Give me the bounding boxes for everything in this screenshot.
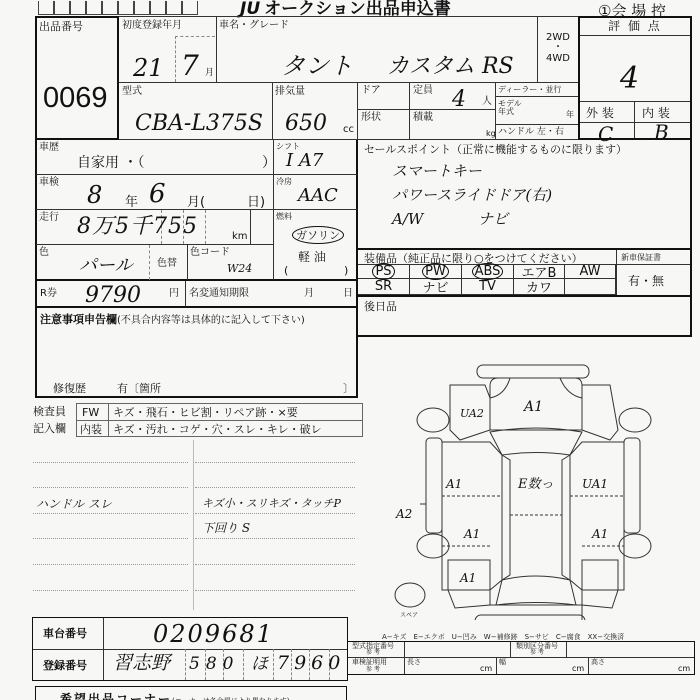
- spare-label: スペア: [400, 610, 418, 619]
- drive-cell: 2WD ・ 4WD: [537, 16, 578, 83]
- displacement-value: 650: [285, 113, 327, 135]
- warranty-value: 有・無: [628, 272, 664, 289]
- shift-cell: シフト I A7: [273, 140, 358, 175]
- equipment-empty: [565, 279, 616, 295]
- load-cell: 積載 kg: [410, 110, 495, 140]
- fuel-cell: 燃料 ガソリン 軽 油 ( ): [273, 210, 358, 281]
- damage-mark-hood: A1: [524, 400, 543, 414]
- notes-box: 注意事項申告欄(不具合内容等は具体的に記入して下さい) 修復歴 有〔箇所 〕: [35, 308, 358, 398]
- fuel-option-gasoline: ガソリン: [292, 226, 344, 244]
- name-change-cell: 名変通知期限 月 日: [186, 281, 358, 308]
- equipment-ps: PS: [358, 264, 410, 279]
- handle-cell: ハンドル 左・右: [495, 125, 578, 140]
- score-value: 4: [620, 64, 639, 94]
- fuel-option-diesel: 軽 油: [298, 248, 326, 265]
- car-grade-value: カスタム RS: [387, 56, 514, 78]
- desired-corner-box: 希望出品コーナー(コーナーは各会場により異なります): [35, 686, 347, 700]
- color-value: パール: [79, 257, 133, 275]
- damage-mark-left-sill: A2: [396, 508, 412, 520]
- lot-number-label: 出品番号: [39, 21, 83, 32]
- equipment-leather: カワ: [514, 279, 565, 295]
- model-year-cell: モデル年式 年: [495, 97, 578, 125]
- capacity-cell: 定員 4 人: [410, 83, 495, 110]
- type-designation-table: 型式指定番号 参 考 類別区分番号 参 考 車検証明用 参 考 長さ cm 幅 …: [347, 641, 695, 675]
- capacity-value: 4: [452, 89, 466, 111]
- damage-mark-front-left-fender: UA2: [460, 408, 484, 419]
- damage-mark-rear-right-door: A1: [592, 528, 608, 540]
- sales-point-item: スマートキー: [392, 164, 482, 179]
- first-registration-month: 7: [181, 52, 199, 80]
- mileage-cell: 走行 8万5千755 km: [35, 210, 273, 245]
- damage-mark-roof: E数っ: [518, 478, 554, 491]
- sales-point-item: ナビ: [478, 212, 508, 227]
- equipment-sr: SR: [358, 279, 410, 295]
- registration-number: 7960: [277, 654, 345, 673]
- displacement-cell: 排気量 650 cc: [273, 83, 358, 140]
- shift-value: I A7: [286, 152, 323, 170]
- sales-points-box: セールスポイント（正常に機能するものに限ります） スマートキー パワースライドド…: [358, 140, 692, 250]
- inspector-notes-area: ハンドル スレ キズ小・スリキズ・タッチP 下回り S: [30, 440, 360, 610]
- equipment-navi: ナビ: [410, 279, 462, 295]
- score-box: 評 価 点 4 外 装 内 装 C B: [578, 16, 692, 140]
- lot-number-value: 0069: [43, 82, 108, 115]
- ac-cell: 冷房 AAC: [273, 175, 358, 210]
- first-registration-year: 21: [133, 56, 164, 80]
- equipment-aw: AW: [565, 264, 616, 279]
- notes-label: 注意事項申告欄(不具合内容等は具体的に記入して下さい): [40, 314, 305, 326]
- inspector-note-left: ハンドル スレ: [36, 498, 112, 510]
- registration-region: 習志野: [113, 654, 170, 673]
- inspector-note-right: 下回り S: [202, 522, 250, 534]
- chassis-number-value: 0209681: [153, 622, 274, 646]
- interior-grade: B: [654, 122, 669, 142]
- desired-corner-label: 希望出品コーナー(コーナーは各会場により異なります): [60, 688, 289, 700]
- damage-mark-front-right-door: UA1: [582, 478, 608, 490]
- color-cell: 色 パール 色替 色コード W24: [35, 245, 273, 281]
- ac-value: AAC: [298, 187, 338, 205]
- chassis-registration-box: 車台番号 0209681 登録番号 習志野 580 ほ 7960: [32, 617, 348, 681]
- equipment-abs: ABS: [462, 264, 514, 279]
- registration-class: 580: [189, 656, 239, 673]
- inspection-cell: 車検 8 年 6 月( 日): [35, 175, 273, 210]
- car-name-value: タント: [281, 54, 353, 78]
- sales-point-item: パワースライドドア(右): [392, 188, 552, 203]
- car-name-cell: 車名・グレード タント カスタム RS: [217, 16, 537, 83]
- lot-number-box: 出品番号 0069: [35, 16, 119, 140]
- registration-kana: ほ: [251, 656, 268, 673]
- damage-mark-rear-left-door: A1: [464, 528, 480, 540]
- equipment-tv: TV: [462, 279, 514, 295]
- first-registration-cell: 初度登録年月 21 7 月: [119, 16, 217, 83]
- inspector-note-right: キズ小・スリキズ・タッチP: [202, 498, 341, 509]
- damage-diagram: A1 UA2 A1 E数っ UA1 A2 A1 A1 A1 スペア: [360, 350, 700, 620]
- dealer-cell: ディーラー・並行: [495, 83, 578, 97]
- mileage-value: 8万5千755: [77, 216, 198, 238]
- damage-mark-front-left-door: A1: [446, 478, 462, 490]
- color-code-value: W24: [227, 263, 252, 274]
- history-cell: 車歴 自家用 ・（ ）: [35, 140, 273, 175]
- sales-point-item: A/W: [392, 212, 423, 227]
- inspection-year: 8: [87, 183, 102, 207]
- recycle-fee-value: 9790: [85, 285, 141, 307]
- body-shape-cell: 形状: [358, 110, 410, 140]
- equipment-box: 装備品（純正品に限り○をつけてください） 新車保証書 有・無 PS PW ABS…: [358, 250, 692, 297]
- history-value: 自家用 ・（: [77, 152, 144, 172]
- doors-cell: ドア: [358, 83, 410, 110]
- later-items-box: 後日品: [358, 297, 692, 337]
- inspector-box: 検査員 記入欄 FW 内装 キズ・飛石・ヒビ割・リペア跡・×要 キズ・汚れ・コゲ…: [33, 403, 363, 437]
- recycle-fee-cell: R券 9790 円: [35, 281, 186, 308]
- model-value: CBA-L375S: [135, 113, 263, 135]
- inspection-month: 6: [149, 181, 166, 207]
- damage-mark-rear-left-quarter: A1: [460, 572, 476, 584]
- model-cell: 型式 CBA-L375S: [119, 83, 273, 140]
